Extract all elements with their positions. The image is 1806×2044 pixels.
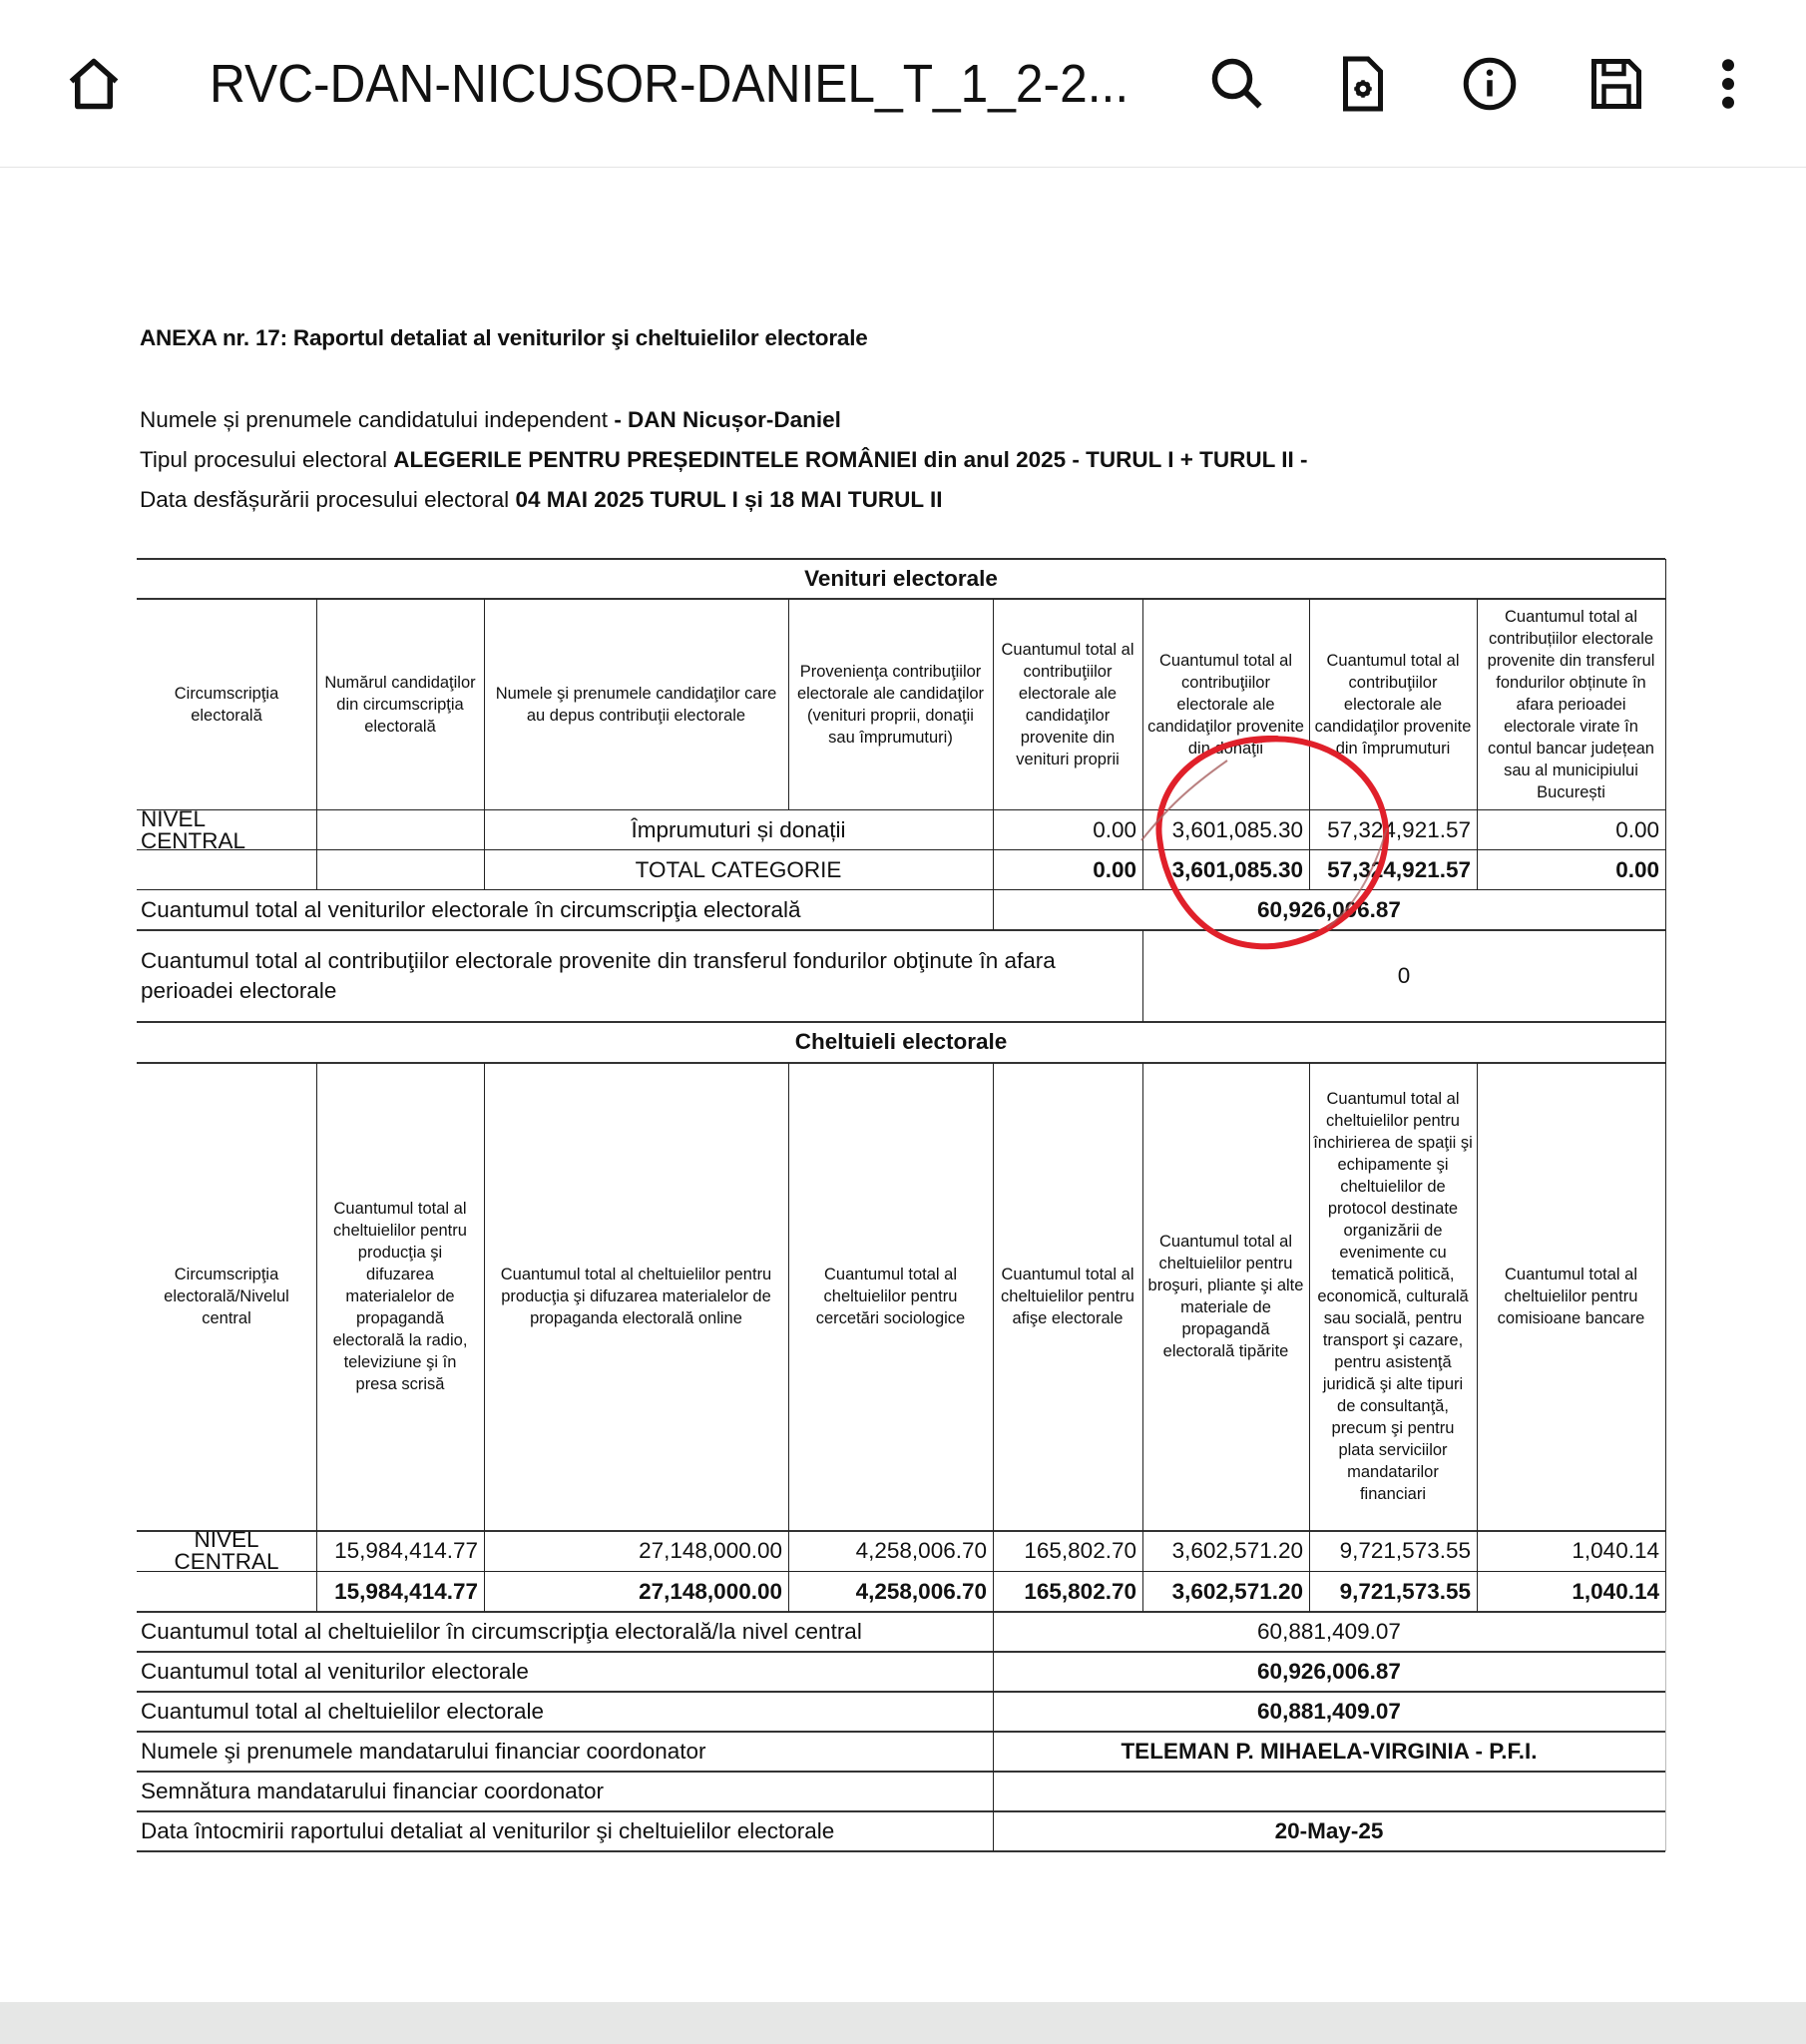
summary-value: TELEMAN P. MIHAELA-VIRGINIA - P.F.I. [993, 1732, 1665, 1772]
income-total-loans: 57,324,921.57 [1309, 850, 1477, 890]
summary-value: 60,881,409.07 [993, 1612, 1665, 1652]
expenses-row-value: 4,258,006.70 [788, 1531, 993, 1571]
expenses-row-value: 9,721,573.55 [1309, 1531, 1477, 1571]
income-total-transfer: 0.00 [1477, 850, 1665, 890]
income-grand-total-label: Cuantumul total al veniturilor electoral… [137, 890, 993, 930]
report-heading: ANEXA nr. 17: Raportul detaliat al venit… [140, 325, 868, 351]
process-label: Tipul procesului electoral [140, 447, 393, 472]
expenses-row-value: 15,984,414.77 [316, 1531, 484, 1571]
date-value: 04 MAI 2025 TURUL I și 18 MAI TURUL II [515, 487, 942, 512]
income-total-donations: 3,601,085.30 [1142, 850, 1309, 890]
expenses-header-bank-fees: Cuantumul total al cheltuielilor pentru … [1477, 1063, 1665, 1530]
home-icon[interactable] [62, 52, 126, 116]
expenses-header-circumscription: Circumscripţia electorală/Nivelul centra… [137, 1063, 316, 1530]
income-header-transfer: Cuantumul total al contribuțiilor electo… [1477, 599, 1665, 809]
expenses-header-printed: Cuantumul total al cheltuielilor pentru … [1142, 1063, 1309, 1530]
expenses-row-value: 165,802.70 [993, 1531, 1142, 1571]
income-row-circumscription: NIVEL CENTRAL [137, 810, 316, 850]
summary-label: Cuantumul total al cheltuielilor în circ… [137, 1612, 993, 1652]
income-row-own: 0.00 [993, 810, 1142, 850]
income-header-names: Numele şi prenumele candidaţilor care au… [484, 599, 788, 809]
expenses-total-value: 27,148,000.00 [484, 1572, 788, 1612]
save-icon[interactable] [1584, 52, 1648, 116]
summary-label: Semnătura mandatarului financiar coordon… [137, 1772, 993, 1811]
candidate-label: Numele și prenumele candidatului indepen… [140, 407, 614, 432]
expenses-row-value: 1,040.14 [1477, 1531, 1665, 1571]
document-settings-icon[interactable] [1331, 52, 1395, 116]
income-row-donations: 3,601,085.30 [1142, 810, 1309, 850]
income-total-own: 0.00 [993, 850, 1142, 890]
income-header-own: Cuantumul total al contribuţiilor electo… [993, 599, 1142, 809]
summary-label: Cuantumul total al veniturilor electoral… [137, 1652, 993, 1692]
expenses-header-radio-tv-press: Cuantumul total al cheltuielilor pentru … [316, 1063, 484, 1530]
more-vert-icon[interactable] [1696, 52, 1760, 116]
income-header-donations: Cuantumul total al contribuţiilor electo… [1142, 599, 1309, 809]
summary-label: Data întocmirii raportului detaliat al v… [137, 1811, 993, 1851]
summary-value [993, 1772, 1665, 1811]
income-header-count: Numărul candidaţilor din circumscripţia … [316, 599, 484, 809]
candidate-value: - DAN Nicușor-Daniel [614, 407, 841, 432]
income-row-loans: 57,324,921.57 [1309, 810, 1477, 850]
document-title: RVC-DAN-NICUSOR-DANIEL_T_1_2-2... [210, 52, 1129, 116]
expenses-total-value: 165,802.70 [993, 1572, 1142, 1612]
date-line: Data desfășurării procesului electoral 0… [140, 487, 942, 513]
expenses-header-sociological: Cuantumul total al cheltuielilor pentru … [788, 1063, 993, 1530]
expenses-header-posters: Cuantumul total al cheltuielilor pentru … [993, 1063, 1142, 1530]
summary-value: 60,881,409.07 [993, 1692, 1665, 1732]
expenses-row-circumscription: NIVEL CENTRAL [137, 1531, 316, 1571]
income-header-source: Provenienţa contribuţiilor electorale al… [788, 599, 993, 809]
app-toolbar: RVC-DAN-NICUSOR-DANIEL_T_1_2-2... [0, 0, 1806, 168]
candidate-line: Numele și prenumele candidatului indepen… [140, 407, 841, 433]
income-row-count [316, 810, 484, 850]
expenses-header-online: Cuantumul total al cheltuielilor pentru … [484, 1063, 788, 1530]
income-header-circumscription: Circumscripţia electorală [137, 599, 316, 809]
expenses-row-value: 3,602,571.20 [1142, 1531, 1309, 1571]
expenses-total-value: 3,602,571.20 [1142, 1572, 1309, 1612]
process-value: ALEGERILE PENTRU PREȘEDINTELE ROMÂNIEI d… [393, 447, 1307, 472]
expenses-section-title: Cheltuieli electorale [137, 1022, 1665, 1062]
income-header-loans: Cuantumul total al contribuţiilor electo… [1309, 599, 1477, 809]
income-grand-total-value: 60,926,006.87 [993, 890, 1665, 930]
summary-label: Cuantumul total al cheltuielilor elector… [137, 1692, 993, 1732]
income-row-transfer: 0.00 [1477, 810, 1665, 850]
bottom-bar [0, 2002, 1806, 2044]
expenses-row-value: 27,148,000.00 [484, 1531, 788, 1571]
info-icon[interactable] [1458, 52, 1522, 116]
income-section-title: Venituri electorale [137, 559, 1665, 599]
summary-label: Numele şi prenumele mandatarului financi… [137, 1732, 993, 1772]
expenses-header-events: Cuantumul total al cheltuielilor pentru … [1309, 1063, 1477, 1530]
transfer-total-label: Cuantumul total al contribuţiilor electo… [137, 930, 1142, 1021]
income-row-source: Împrumuturi și donații [484, 810, 993, 850]
date-label: Data desfășurării procesului electoral [140, 487, 515, 512]
summary-value: 60,926,006.87 [993, 1652, 1665, 1692]
income-total-label: TOTAL CATEGORIE [484, 850, 993, 890]
search-icon[interactable] [1205, 52, 1269, 116]
process-line: Tipul procesului electoral ALEGERILE PEN… [140, 447, 1307, 473]
expenses-total-value: 15,984,414.77 [316, 1572, 484, 1612]
expenses-total-value: 4,258,006.70 [788, 1572, 993, 1612]
summary-value: 20-May-25 [993, 1811, 1665, 1851]
expenses-total-value: 1,040.14 [1477, 1572, 1665, 1612]
transfer-total-value: 0 [1142, 930, 1665, 1021]
heading-text: ANEXA nr. 17: Raportul detaliat al venit… [140, 325, 868, 350]
expenses-total-value: 9,721,573.55 [1309, 1572, 1477, 1612]
